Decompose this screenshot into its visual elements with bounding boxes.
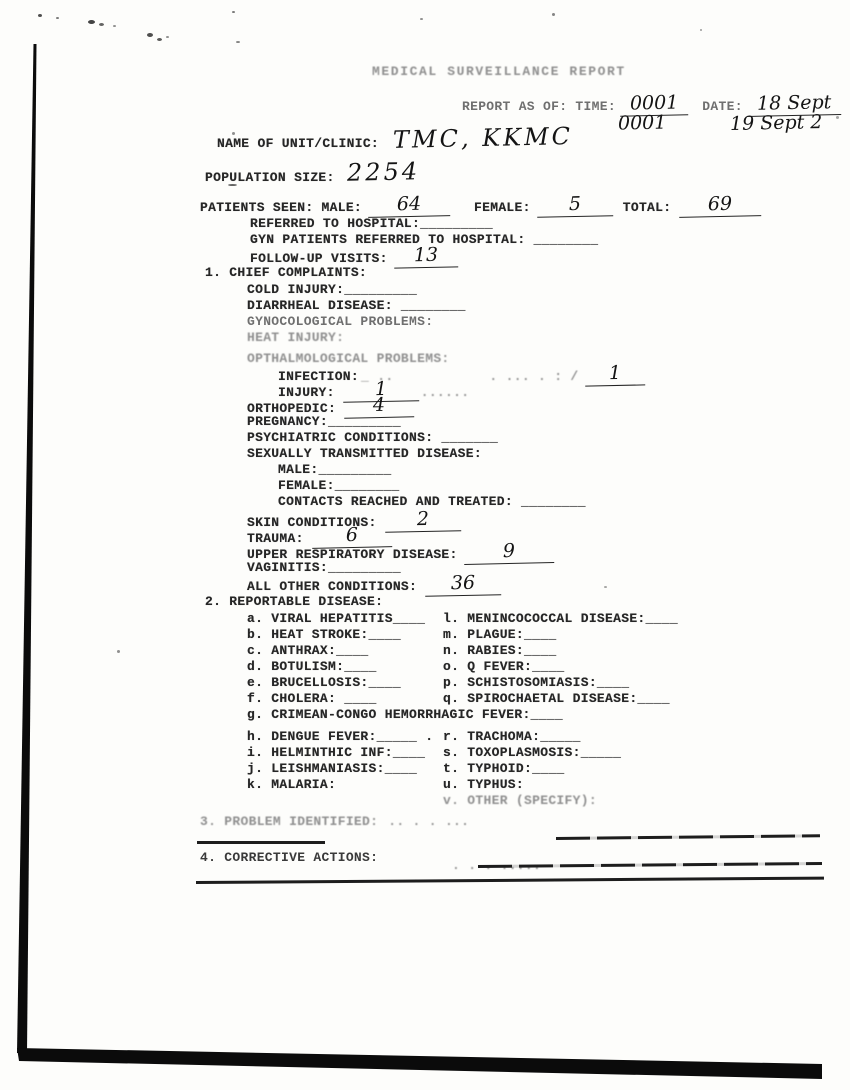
scan-speckle	[88, 20, 95, 24]
typed-text: 1. CHIEF COMPLAINTS:	[205, 265, 367, 280]
typed-text: c. ANTHRAX:____	[247, 643, 369, 658]
typed-text: f. CHOLERA: ____	[247, 691, 377, 706]
typed-text: 2. REPORTABLE DISEASE:	[205, 594, 383, 609]
typed-text: NAME OF UNIT/CLINIC:	[217, 136, 379, 151]
typed-text: FEMALE:	[474, 200, 531, 215]
handwritten-second-row: 000119 Sept 2	[618, 114, 823, 136]
typed-text: j. LEISHMANIASIS:____	[247, 761, 417, 776]
typed-text: i. HELMINTHIC INF:____	[247, 745, 425, 760]
report-title: MEDICAL SURVEILLANCE REPORT	[372, 62, 626, 80]
scan-border-left-bar	[17, 44, 37, 1053]
section-2-header: 2. REPORTABLE DISEASE:	[205, 592, 383, 610]
typed-text: VAGINITIS:_________	[247, 560, 401, 575]
typed-text: g. CRIMEAN-CONGO HEMORRHAGIC FEVER:____	[247, 707, 563, 722]
handwritten-value: 36	[425, 572, 501, 596]
typed-text: REPORT AS OF: TIME:	[462, 99, 616, 114]
scan-speckle	[836, 116, 839, 119]
scan-speckle	[604, 586, 607, 588]
typed-text: PREGNANCY:_________	[247, 414, 401, 429]
scan-speckle	[166, 36, 169, 38]
typed-text: GYNOCOLOGICAL PROBLEMS:	[247, 314, 433, 329]
handwritten-value: 0001	[618, 112, 667, 135]
typed-text: k. MALARIA:	[247, 777, 336, 792]
typed-text: CONTACTS REACHED AND TREATED: ________	[278, 494, 586, 509]
typed-text: b. HEAT STROKE:____	[247, 627, 401, 642]
typed-text: o. Q FEVER:____	[443, 659, 565, 674]
typed-text: MALE:_________	[278, 462, 391, 477]
typed-text: s. TOXOPLASMOSIS:_____	[443, 745, 621, 760]
typed-text: .. . . ...	[388, 814, 469, 829]
disease-v: v. OTHER (SPECIFY):	[443, 791, 597, 809]
scanned-form-page: MEDICAL SURVEILLANCE REPORTREPORT AS OF:…	[0, 0, 850, 1090]
handwritten-value: 13	[394, 244, 458, 268]
typed-text: HEAT INJURY:	[247, 330, 344, 345]
typed-text: POPULATION SIZE:	[205, 170, 335, 185]
typed-text: p. SCHISTOSOMIASIS:____	[443, 675, 629, 690]
scan-speckle	[228, 184, 237, 186]
section-1-header: 1. CHIEF COMPLAINTS:	[205, 263, 367, 281]
section-3-header: 3. PROBLEM IDENTIFIED:.. . . ...	[200, 812, 469, 830]
typed-text: REFERRED TO HOSPITAL:_________	[250, 216, 493, 231]
typed-text: v. OTHER (SPECIFY):	[443, 793, 597, 808]
typed-text: TOTAL:	[623, 200, 672, 215]
typed-text: PSYCHIATRIC CONDITIONS: _______	[247, 430, 498, 445]
typed-text: r. TRACHOMA:_____	[443, 729, 581, 744]
typed-text: m. PLAGUE:____	[443, 627, 556, 642]
scan-speckle	[99, 23, 104, 26]
scan-speckle	[157, 38, 162, 41]
scan-border-bottom-bar	[17, 1048, 822, 1079]
handwritten-value: 19 Sept 2	[730, 112, 823, 136]
disease-k: k. MALARIA:	[247, 775, 336, 793]
typed-text: q. SPIROCHAETAL DISEASE:____	[443, 691, 670, 706]
handwritten-value: 2254	[346, 158, 420, 187]
typed-text: PATIENTS SEEN: MALE:	[200, 200, 362, 215]
scan-speckle	[56, 17, 59, 19]
handwritten-value: 2	[384, 508, 460, 532]
typed-text: n. RABIES:____	[443, 643, 556, 658]
scan-speckle	[113, 25, 116, 27]
typed-text: 3. PROBLEM IDENTIFIED:	[200, 814, 378, 829]
typed-text: MEDICAL SURVEILLANCE REPORT	[372, 64, 626, 79]
typed-text: h. DENGUE FEVER:_____ .	[247, 729, 433, 744]
typed-text: . ... . : /	[489, 369, 578, 384]
typed-text: DIARRHEAL DISEASE: ________	[247, 298, 466, 313]
scan-speckle	[552, 13, 555, 16]
unit-clinic-line: NAME OF UNIT/CLINIC:TMC, KKMC	[217, 126, 573, 154]
typed-text: a. VIRAL HEPATITIS____	[247, 611, 425, 626]
scan-speckle	[420, 18, 423, 20]
handwritten-value: 5	[537, 193, 613, 217]
handwritten-value: TMC, KKMC	[393, 123, 574, 154]
typed-text: u. TYPHUS:	[443, 777, 524, 792]
handwritten-value: 9	[463, 540, 553, 565]
typed-text: COLD INJURY:_________	[247, 282, 417, 297]
typed-text: l. MENINCOCOCCAL DISEASE:____	[443, 611, 678, 626]
typed-text: d. BOTULISM:____	[247, 659, 377, 674]
typed-text: 4. CORRECTIVE ACTIONS:	[200, 850, 378, 865]
typed-text: t. TYPHOID:____	[443, 761, 565, 776]
population-line: POPULATION SIZE:2254	[205, 160, 420, 188]
typed-text: SEXUALLY TRANSMITTED DISEASE:	[247, 446, 482, 461]
handwritten-value: 1	[584, 362, 644, 386]
scan-speckle	[236, 41, 240, 43]
disease-g: g. CRIMEAN-CONGO HEMORRHAGIC FEVER:____	[247, 705, 563, 723]
answer-rule-line	[196, 877, 824, 884]
scan-speckle	[232, 132, 235, 135]
handwritten-value: 69	[679, 193, 761, 218]
scan-speckle	[232, 11, 235, 13]
typed-text: e. BRUCELLOSIS:____	[247, 675, 401, 690]
scan-speckle	[700, 29, 702, 31]
contacts-line: CONTACTS REACHED AND TREATED: ________	[278, 492, 586, 510]
scan-speckle	[117, 650, 120, 653]
section-4-header: 4. CORRECTIVE ACTIONS:	[200, 848, 378, 866]
scan-speckle	[147, 33, 153, 37]
heat-injury-line: HEAT INJURY:	[247, 328, 344, 346]
typed-text: ......	[421, 385, 470, 400]
answer-rule-line	[556, 834, 820, 840]
typed-text: DATE:	[702, 99, 743, 114]
typed-text: FEMALE:________	[278, 478, 400, 493]
answer-rule-line	[197, 841, 325, 844]
scan-speckle	[38, 14, 42, 17]
